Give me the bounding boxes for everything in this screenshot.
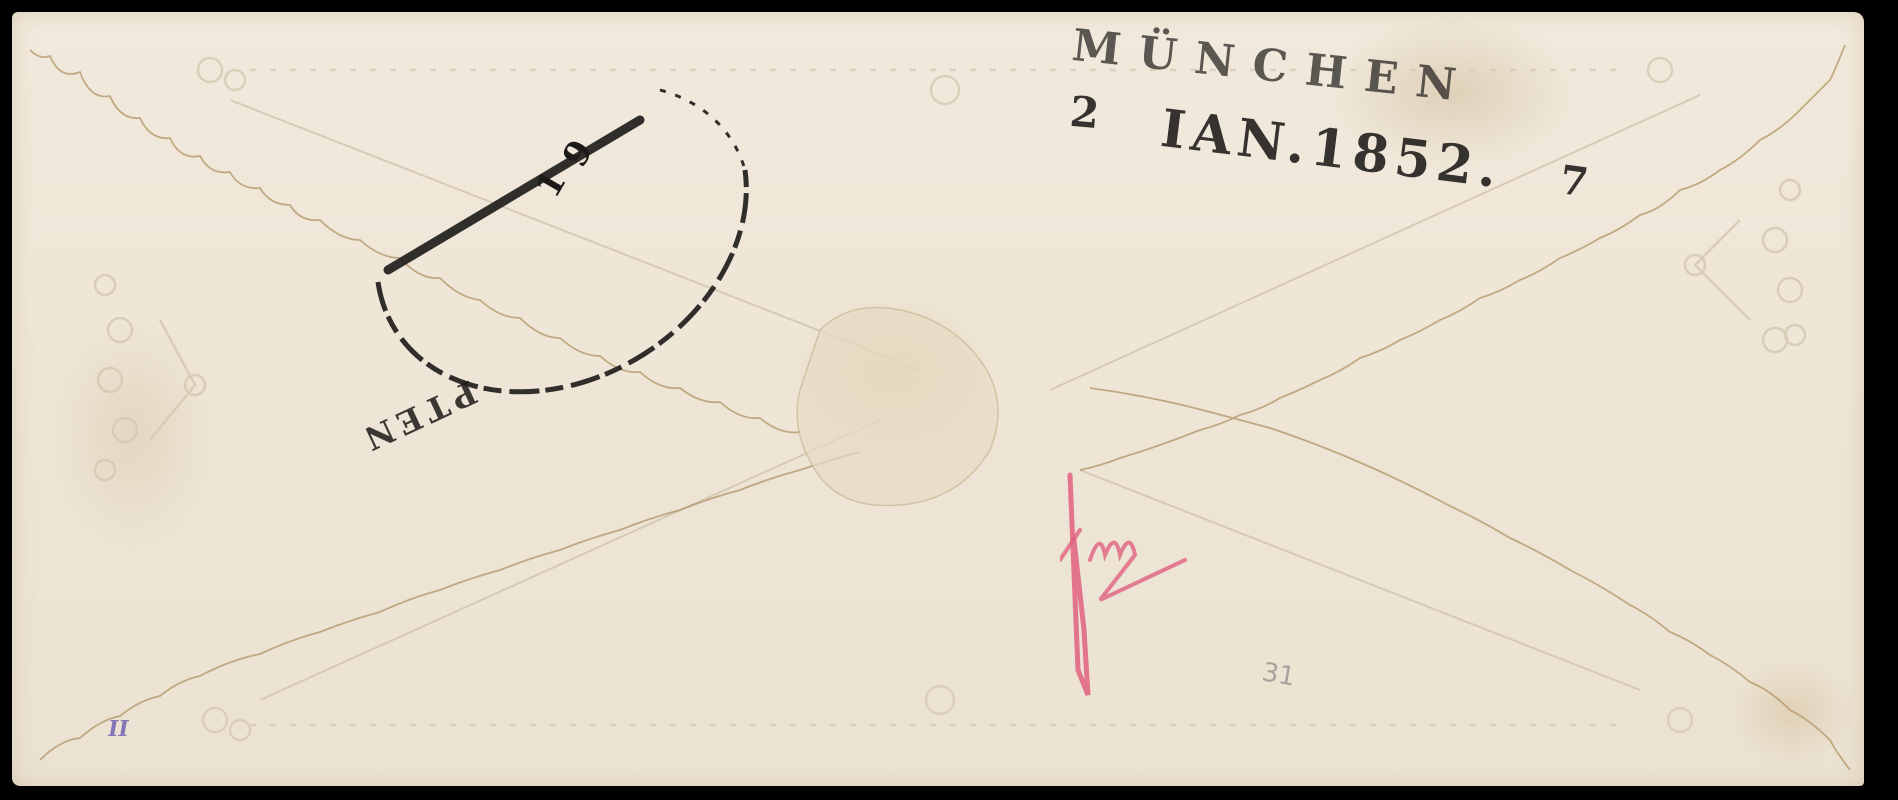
half-circle-cancel xyxy=(378,90,746,392)
embossed-border-bottom xyxy=(203,686,1692,740)
postmark-day: 2 xyxy=(1068,87,1101,138)
seal-stain xyxy=(797,308,998,506)
pencil-number: 31 xyxy=(1260,657,1298,692)
half-circle-cancel-town: PTEN xyxy=(353,373,483,460)
red-crayon-mark xyxy=(1060,470,1190,700)
envelope-details: 1 9 PTEN xyxy=(0,0,1898,800)
embossed-ornament-right xyxy=(1685,180,1805,352)
embossed-ornament-left xyxy=(95,275,205,480)
